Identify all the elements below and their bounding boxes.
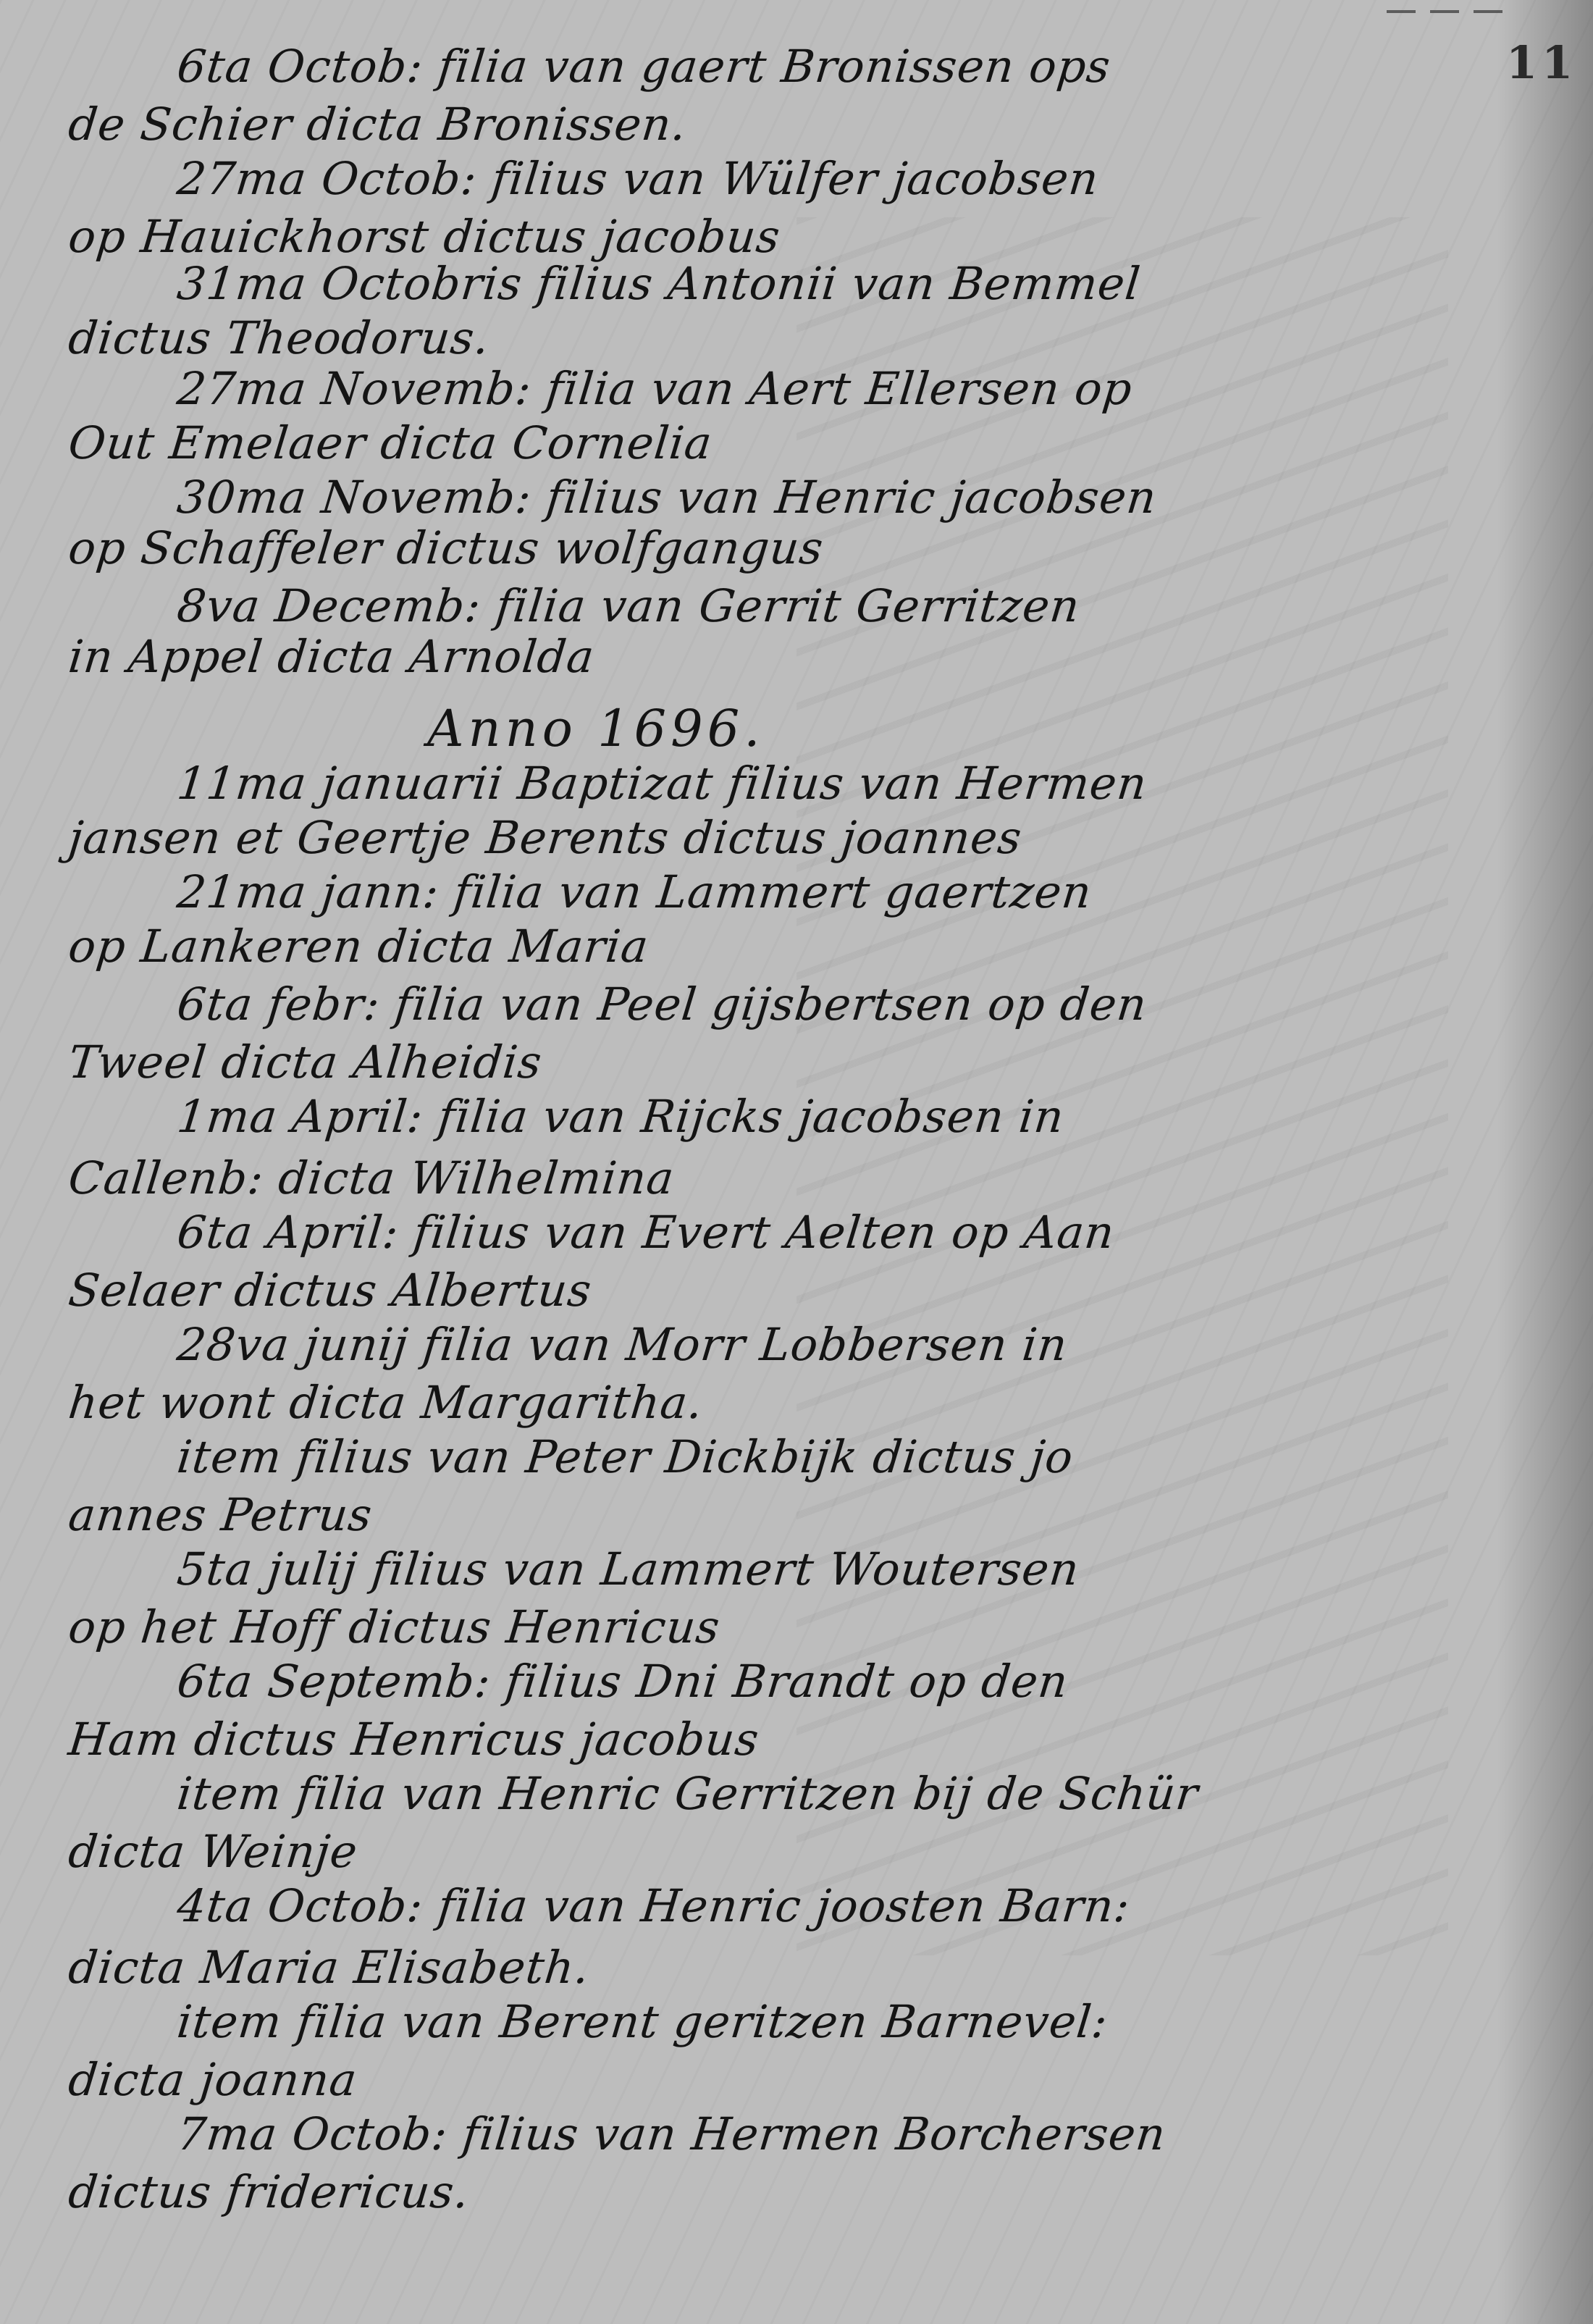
entry-line-continuation: op het Hoff dictus Henricus [66, 1601, 723, 1653]
entry-line-start: 6ta April: filius van Evert Aelten op Aa… [175, 1206, 1117, 1259]
entry-line-start: 4ta Octob: filia van Henric joosten Barn… [175, 1879, 1132, 1932]
entry-line-continuation: op Lankeren dicta Maria [66, 920, 651, 973]
entry-line-start: 6ta febr: filia van Peel gijsbertsen op … [175, 978, 1150, 1031]
entry-line-start: item filius van Peter Dickbijk dictus jo [175, 1430, 1076, 1483]
entry-line-continuation: Ham dictus Henricus jacobus [66, 1713, 762, 1766]
entry-line-continuation: het wont dicta Margaritha. [66, 1376, 705, 1429]
entry-line-continuation: dictus fridericus. [66, 2165, 472, 2218]
entry-line-start: 5ta julij filius van Lammert Woutersen [175, 1543, 1082, 1595]
register-page: 11 6ta Octob: filia van gaert Bronissen … [0, 0, 1593, 2324]
entry-line-start: 30ma Novemb: filius van Henric jacobsen [175, 471, 1159, 524]
entry-line-continuation: Tweel dicta Alheidis [66, 1036, 545, 1088]
entry-line-start: 21ma jann: filia van Lammert gaertzen [175, 865, 1094, 918]
entry-line-start: 11ma januarii Baptizat filius van Hermen [175, 757, 1150, 810]
entry-line-continuation: Selaer dictus Albertus [66, 1264, 594, 1317]
entry-line-start: 6ta Octob: filia van gaert Bronissen ops [175, 40, 1113, 93]
entry-line-start: 1ma April: filia van Rijcks jacobsen in [175, 1090, 1067, 1143]
entry-line-start: 8va Decemb: filia van Gerrit Gerritzen [175, 579, 1083, 632]
header-dashes [1387, 10, 1502, 13]
folio-number: 11 [1506, 36, 1577, 89]
year-heading: Anno 1696. [427, 699, 765, 758]
entry-line-continuation: Callenb: dicta Wilhelmina [66, 1151, 677, 1204]
entry-line-continuation: dicta Weinje [66, 1825, 361, 1878]
entry-line-continuation: dicta Maria Elisabeth. [66, 1941, 592, 1994]
entry-line-continuation: in Appel dicta Arnolda [66, 630, 597, 683]
entry-line-start: 28va junij filia van Morr Lobbersen in [175, 1318, 1070, 1371]
entry-line-start: 27ma Novemb: filia van Aert Ellersen op [175, 362, 1135, 415]
entry-line-start: item filia van Berent geritzen Barnevel: [175, 1995, 1110, 2048]
entry-line-continuation: de Schier dicta Bronissen. [66, 98, 689, 151]
entry-line-start: 7ma Octob: filius van Hermen Borchersen [175, 2107, 1169, 2160]
entry-line-continuation: Out Emelaer dicta Cornelia [66, 416, 715, 469]
entry-line-continuation: op Schaffeler dictus wolfgangus [66, 521, 826, 574]
entry-line-continuation: jansen et Geertje Berents dictus joannes [66, 811, 1025, 864]
entry-line-continuation: op Hauickhorst dictus jacobus [66, 210, 783, 263]
entry-line-start: 31ma Octobris filius Antonii van Bemmel [175, 257, 1143, 310]
entry-line-continuation: dicta joanna [66, 2053, 360, 2106]
entry-line-continuation: dictus Theodorus. [66, 311, 492, 364]
entry-line-continuation: annes Petrus [66, 1488, 375, 1541]
entry-line-start: 6ta Septemb: filius Dni Brandt op den [175, 1655, 1071, 1708]
entry-line-start: 27ma Octob: filius van Wülfer jacobsen [175, 152, 1101, 205]
entry-line-start: item filia van Henric Gerritzen bij de S… [175, 1767, 1201, 1820]
